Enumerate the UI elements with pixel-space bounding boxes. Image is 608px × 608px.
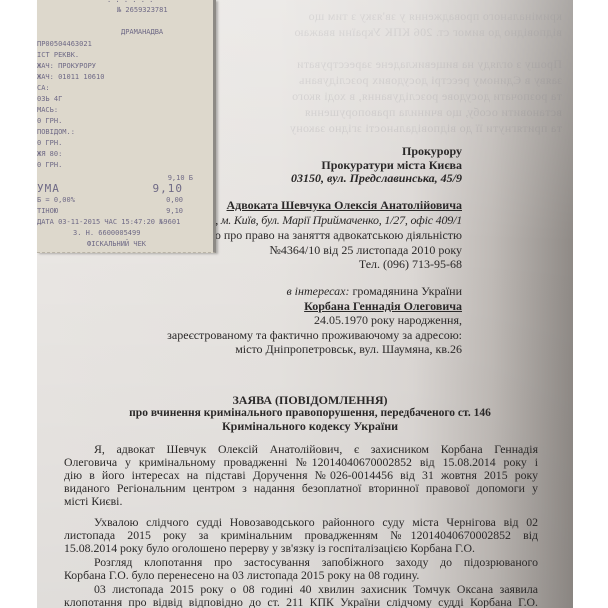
client-birth: 24.05.1970 року народження, — [314, 314, 462, 327]
ghost-line: відповідно до вимог ст. 206 КПК України … — [222, 24, 562, 40]
paragraph-1: Я, адвокат Шевчук Олексій Анатолійович, … — [64, 443, 538, 508]
interest-label: в інтересах: — [286, 284, 349, 298]
receipt-line: ЖАЧ: 01011 10610 — [37, 72, 104, 83]
receipt-line: 0 ГРН. — [37, 138, 62, 149]
ghost-line: та притягнути її до відповідальності згі… — [222, 120, 562, 136]
receipt-total-label: УМА — [37, 183, 60, 194]
paragraph-line: виданого Регіональним центром з надання … — [64, 482, 538, 495]
receipt-line: ЖЯ 80: — [37, 149, 62, 160]
ghost-line: та розпочати досудове розслідування, в х… — [222, 88, 562, 104]
ghost-line: Прошу з огляду на вищевикладене зареєстр… — [222, 56, 562, 72]
client-name: Корбана Геннадія Олеговича — [304, 300, 462, 313]
receipt-serial: З. Н. 6600005499 — [73, 228, 140, 239]
addressee-address: 03150, вул. Предславинська, 45/9 — [291, 172, 462, 185]
paragraph-line: Корбана Г.О. було перенесено на 03 листо… — [64, 569, 538, 582]
document-photo: кримінального провадження у зв'язку з ти… — [0, 0, 608, 608]
client-registered: зареєстрованому та фактично проживаючому… — [167, 329, 462, 342]
sender-name: Адвоката Шевчука Олексія Анатолійовича — [227, 199, 462, 212]
show-through-text: кримінального провадження у зв'язку з ти… — [222, 8, 562, 136]
receipt-line: ПОВІДОМ.: — [37, 127, 75, 138]
receipt-paid-label: ТІНОЮ — [37, 206, 58, 217]
receipt-fiscal-label: ФІСКАЛЬНИЙ ЧЕК — [87, 239, 146, 250]
paragraph-line: клопотання про відвід відповідно до ст. … — [64, 596, 538, 608]
paragraph-2: Ухвалою слідчого судді Новозаводського р… — [64, 516, 538, 555]
paragraph-line: 15.08.2014 року було оголошено перерву у… — [64, 542, 538, 555]
paragraph-4: 03 листопада 2015 року о 08 годині 40 хв… — [64, 583, 538, 608]
interest-line: в інтересах: громадянина України — [286, 285, 462, 298]
receipt-tax-value: 0,00 — [166, 195, 183, 206]
receipt-line: МАСЬ: — [37, 105, 58, 116]
receipt-tax-label: Б = 0,00% — [37, 195, 75, 206]
receipt-line: ІСТ РЕКВК. — [37, 50, 79, 61]
receipt-line: 03Ь 4Г — [37, 94, 62, 105]
statement-code: Кримінального кодексу України — [100, 420, 520, 433]
ghost-line — [222, 40, 562, 56]
receipt-line: 0 ГРН. — [37, 160, 62, 171]
ghost-line: заяву в Єдиному реєстрі досудових розслі… — [222, 72, 562, 88]
receipt-line: СА: — [37, 83, 50, 94]
receipt-line: ДРАМАНАДВА — [121, 27, 163, 38]
receipt-line: 0 ГРН. — [37, 116, 62, 127]
paragraph-3: Розгляд клопотання про застосування запо… — [64, 556, 538, 582]
ghost-line: встановити особу, що вчинила правопоруше… — [222, 104, 562, 120]
receipt-line: ЖАЧ: ПРОКУРОРУ — [37, 61, 96, 72]
interest-citizen: громадянина України — [349, 284, 462, 298]
statement-title: ЗАЯВА (ПОВІДОМЛЕННЯ) — [100, 394, 520, 407]
receipt-line: ПР00504463021 — [37, 39, 92, 50]
ghost-line: кримінального провадження у зв'язку з ти… — [222, 8, 562, 24]
receipt-total: 9,10 — [153, 183, 184, 194]
addressee-title: Прокурору — [402, 145, 462, 158]
fiscal-receipt: · · · · · · № 2659323781 ДРАМАНАДВА ПР00… — [37, 0, 216, 253]
receipt-date: ДАТА 03-11-2015 ЧАС 15:47:20 №9601 — [37, 217, 180, 228]
paragraph-line: місті Києві. — [64, 495, 538, 508]
client-address: місто Дніпропетровськ, вул. Шаумяна, кв.… — [235, 343, 462, 356]
receipt-line: № 2659323781 — [117, 5, 168, 16]
sender-certificate-number: №4364/10 від 25 листопада 2010 року — [269, 244, 462, 257]
receipt-paid-value: 9,10 — [166, 206, 183, 217]
sender-phone: Тел. (096) 713-95-68 — [359, 258, 462, 271]
